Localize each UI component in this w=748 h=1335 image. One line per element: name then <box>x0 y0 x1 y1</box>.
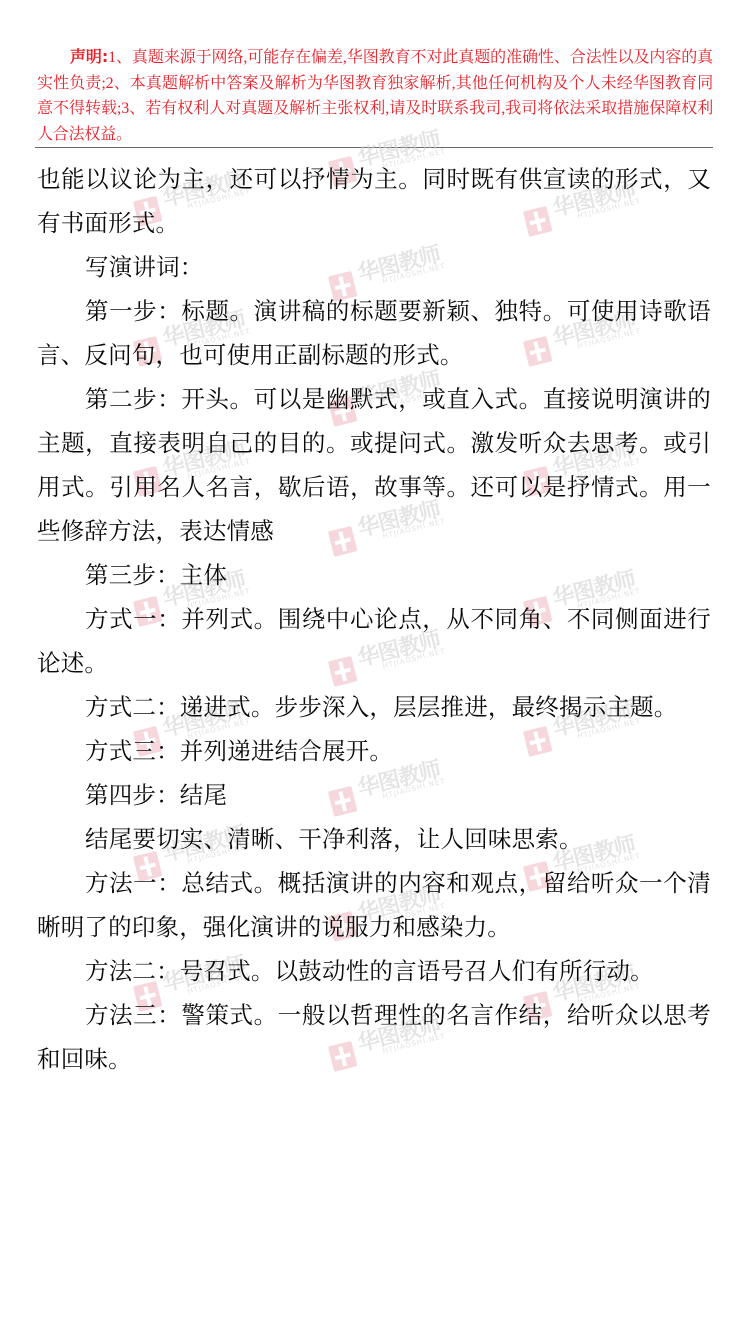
paragraph-step-2: 第二步：开头。可以是幽默式，或直入式。直接说明演讲的主题，直接表明自己的目的。或… <box>37 377 711 553</box>
disclaimer: 声明:1、真题来源于网络,可能存在偏差,华图教育不对此真题的准确性、合法性以及内… <box>37 44 713 147</box>
paragraph-ending-2: 方法二：号召式。以鼓动性的言语号召人们有所行动。 <box>37 949 711 993</box>
paragraph-step-1: 第一步：标题。演讲稿的标题要新颖、独特。可使用诗歌语言、反问句，也可使用正副标题… <box>37 289 711 377</box>
paragraph-ending-3: 方法三：警策式。一般以哲理性的名言作结，给听众以思考和回味。 <box>37 993 711 1081</box>
disclaimer-label: 声明: <box>70 47 108 66</box>
answer-body: 也能以议论为主，还可以抒情为主。同时既有供宣读的形式，又有书面形式。 写演讲词：… <box>37 157 711 1081</box>
paragraph-ending-1: 方法一：总结式。概括演讲的内容和观点，留给听众一个清晰明了的印象，强化演讲的说服… <box>37 861 711 949</box>
paragraph-step-3: 第三步：主体 <box>37 553 711 597</box>
paragraph-method-3: 方式三：并列递进结合展开。 <box>37 729 711 773</box>
paragraph-method-1: 方式一：并列式。围绕中心论点，从不同角、不同侧面进行论述。 <box>37 597 711 685</box>
header-divider <box>35 147 713 148</box>
paragraph: 写演讲词： <box>37 245 711 289</box>
paragraph-method-2: 方式二：递进式。步步深入，层层推进，最终揭示主题。 <box>37 685 711 729</box>
disclaimer-text: 1、真题来源于网络,可能存在偏差,华图教育不对此真题的准确性、合法性以及内容的真… <box>37 49 713 143</box>
paragraph: 也能以议论为主，还可以抒情为主。同时既有供宣读的形式，又有书面形式。 <box>37 157 711 245</box>
paragraph-step-4: 第四步：结尾 <box>37 773 711 817</box>
document-page: 声明:1、真题来源于网络,可能存在偏差,华图教育不对此真题的准确性、合法性以及内… <box>0 0 748 1335</box>
paragraph: 结尾要切实、清晰、干净利落，让人回味思索。 <box>37 817 711 861</box>
